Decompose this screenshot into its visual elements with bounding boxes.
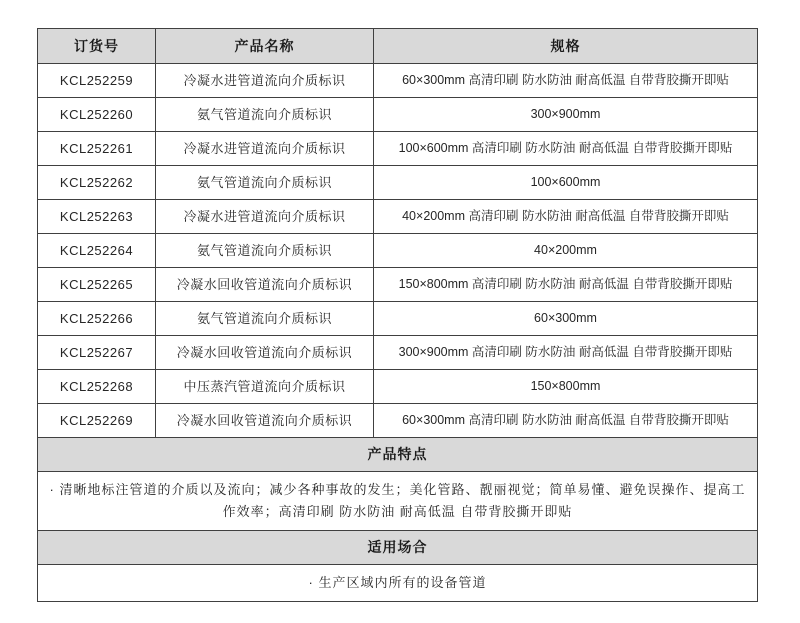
spec-cell: 60×300mm 高清印刷 防水防油 耐高低温 自带背胶撕开即贴 <box>374 64 758 98</box>
header-order-no: 订货号 <box>38 29 156 64</box>
spec-cell: 300×900mm <box>374 98 758 132</box>
spec-cell: 60×300mm 高清印刷 防水防油 耐高低温 自带背胶撕开即贴 <box>374 404 758 438</box>
product-name-cell: 冷凝水进管道流向介质标识 <box>156 200 374 234</box>
product-name-cell: 氨气管道流向介质标识 <box>156 234 374 268</box>
spec-cell: 40×200mm <box>374 234 758 268</box>
product-name-cell: 冷凝水进管道流向介质标识 <box>156 132 374 166</box>
product-spec-table: 订货号 产品名称 规格 KCL252259 冷凝水进管道流向介质标识 60×30… <box>37 28 758 602</box>
product-name-cell: 冷凝水进管道流向介质标识 <box>156 64 374 98</box>
header-spec: 规格 <box>374 29 758 64</box>
features-band-row: 产品特点 <box>38 438 758 472</box>
spec-cell: 40×200mm 高清印刷 防水防油 耐高低温 自带背胶撕开即贴 <box>374 200 758 234</box>
header-product-name: 产品名称 <box>156 29 374 64</box>
product-name-cell: 氨气管道流向介质标识 <box>156 302 374 336</box>
table-row: KCL252259 冷凝水进管道流向介质标识 60×300mm 高清印刷 防水防… <box>38 64 758 98</box>
product-name-cell: 氨气管道流向介质标识 <box>156 98 374 132</box>
table-row: KCL252260 氨气管道流向介质标识 300×900mm <box>38 98 758 132</box>
table-row: KCL252265 冷凝水回收管道流向介质标识 150×800mm 高清印刷 防… <box>38 268 758 302</box>
table-row: KCL252261 冷凝水进管道流向介质标识 100×600mm 高清印刷 防水… <box>38 132 758 166</box>
order-no-cell: KCL252265 <box>38 268 156 302</box>
order-no-cell: KCL252263 <box>38 200 156 234</box>
table-header-row: 订货号 产品名称 规格 <box>38 29 758 64</box>
table-row: KCL252267 冷凝水回收管道流向介质标识 300×900mm 高清印刷 防… <box>38 336 758 370</box>
table-row: KCL252268 中压蒸汽管道流向介质标识 150×800mm <box>38 370 758 404</box>
order-no-cell: KCL252262 <box>38 166 156 200</box>
order-no-cell: KCL252260 <box>38 98 156 132</box>
features-text: · 清晰地标注管道的介质以及流向；减少各种事故的发生；美化管路、靓丽视觉；简单易… <box>38 472 758 531</box>
table-row: KCL252262 氨气管道流向介质标识 100×600mm <box>38 166 758 200</box>
order-no-cell: KCL252261 <box>38 132 156 166</box>
applications-text-row: · 生产区域内所有的设备管道 <box>38 565 758 602</box>
order-no-cell: KCL252259 <box>38 64 156 98</box>
order-no-cell: KCL252266 <box>38 302 156 336</box>
spec-cell: 100×600mm 高清印刷 防水防油 耐高低温 自带背胶撕开即贴 <box>374 132 758 166</box>
order-no-cell: KCL252269 <box>38 404 156 438</box>
applications-band-row: 适用场合 <box>38 531 758 565</box>
order-no-cell: KCL252264 <box>38 234 156 268</box>
product-name-cell: 冷凝水回收管道流向介质标识 <box>156 336 374 370</box>
product-spec-page: 订货号 产品名称 规格 KCL252259 冷凝水进管道流向介质标识 60×30… <box>0 0 800 623</box>
features-section-title: 产品特点 <box>38 438 758 472</box>
product-name-cell: 冷凝水回收管道流向介质标识 <box>156 404 374 438</box>
order-no-cell: KCL252268 <box>38 370 156 404</box>
spec-cell: 150×800mm <box>374 370 758 404</box>
spec-cell: 300×900mm 高清印刷 防水防油 耐高低温 自带背胶撕开即贴 <box>374 336 758 370</box>
order-no-cell: KCL252267 <box>38 336 156 370</box>
product-name-cell: 氨气管道流向介质标识 <box>156 166 374 200</box>
spec-cell: 60×300mm <box>374 302 758 336</box>
product-name-cell: 中压蒸汽管道流向介质标识 <box>156 370 374 404</box>
spec-cell: 150×800mm 高清印刷 防水防油 耐高低温 自带背胶撕开即贴 <box>374 268 758 302</box>
table-row: KCL252263 冷凝水进管道流向介质标识 40×200mm 高清印刷 防水防… <box>38 200 758 234</box>
table-row: KCL252269 冷凝水回收管道流向介质标识 60×300mm 高清印刷 防水… <box>38 404 758 438</box>
table-row: KCL252266 氨气管道流向介质标识 60×300mm <box>38 302 758 336</box>
product-name-cell: 冷凝水回收管道流向介质标识 <box>156 268 374 302</box>
spec-cell: 100×600mm <box>374 166 758 200</box>
applications-section-title: 适用场合 <box>38 531 758 565</box>
table-row: KCL252264 氨气管道流向介质标识 40×200mm <box>38 234 758 268</box>
applications-text: · 生产区域内所有的设备管道 <box>38 565 758 602</box>
features-text-row: · 清晰地标注管道的介质以及流向；减少各种事故的发生；美化管路、靓丽视觉；简单易… <box>38 472 758 531</box>
